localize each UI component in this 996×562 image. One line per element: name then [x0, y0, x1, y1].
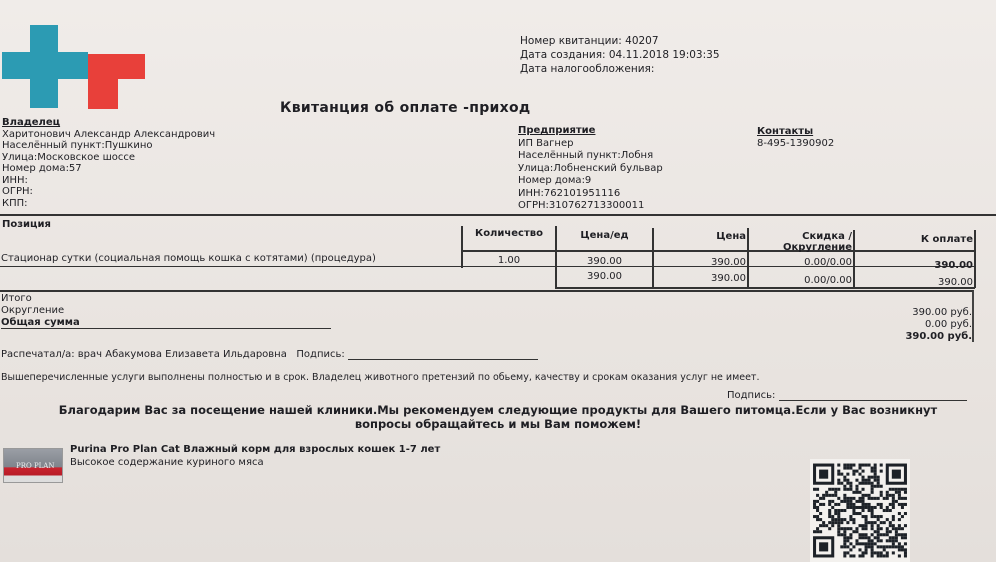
owner-city: Населённый пункт:Пушкино: [2, 140, 215, 152]
company-name: ИП Вагнер: [518, 138, 663, 151]
printed-by: Распечатал/а: врач Абакумова Елизавета И…: [1, 349, 287, 360]
col-header-quantity: Количество: [463, 228, 555, 239]
receipt-number: Номер квитанции: 40207: [520, 34, 720, 48]
subtotal-discount: 0.00/0.00: [749, 275, 852, 286]
owner-signature-field: [779, 400, 967, 401]
row-price: 390.00: [654, 257, 746, 268]
owner-signature-line: Подпись:: [727, 390, 967, 401]
owner-signature-label: Подпись:: [727, 390, 775, 401]
row-quantity: 1.00: [463, 255, 555, 266]
thanks-message: Благодарим Вас за посещение нашей клиник…: [0, 403, 996, 431]
disclaimer: Вышеперечисленные услуги выполнены полно…: [1, 372, 759, 383]
owner-kpp: КПП:: [2, 198, 215, 210]
receipt-tax-date: Дата налогообложения:: [520, 62, 720, 76]
owner-house: Номер дома:57: [2, 163, 215, 175]
page-title: Квитанция об оплате -приход: [280, 100, 531, 116]
col-header-position: Позиция: [2, 219, 51, 230]
subtotal-to-pay: 390.00: [855, 277, 973, 288]
col-header-discount-line1: Скидка /: [749, 231, 852, 242]
company-ogrn: ОГРН:310762713300011: [518, 200, 663, 213]
company-street: Улица:Лобненский бульвар: [518, 163, 663, 176]
company-heading: Предприятие: [518, 125, 663, 138]
row-to-pay: 390.00: [855, 260, 973, 271]
subtotal-label: Итого: [1, 293, 32, 304]
contacts-block: Контакты 8-495-1390902: [757, 126, 834, 150]
product-title[interactable]: Purina Pro Plan Cat Влажный корм для взр…: [70, 444, 440, 455]
contacts-phone: 8-495-1390902: [757, 138, 834, 150]
company-block: Предприятие ИП Вагнер Населённый пункт:Л…: [518, 125, 663, 213]
col-header-discount-line2: Округление: [749, 242, 852, 253]
owner-ogrn: ОГРН:: [2, 186, 215, 198]
receipt-created-date: Дата создания: 04.11.2018 19:03:35: [520, 48, 720, 62]
qr-code-icon: [810, 459, 910, 562]
thanks-line1: Благодарим Вас за посещение нашей клиник…: [0, 403, 996, 417]
col-header-discount: Скидка / Округление: [749, 231, 852, 253]
subtotal-unit-price: 390.00: [557, 271, 652, 282]
signature-label: Подпись:: [296, 349, 344, 360]
product-image: PRO PLAN: [3, 448, 63, 483]
total-value: 390.00 руб.: [820, 331, 972, 342]
subtotal-price: 390.00: [654, 273, 746, 284]
col-header-unit-price: Цена/ед: [557, 230, 652, 241]
clinic-cross-logo: [2, 25, 147, 110]
company-city: Населённый пункт:Лобня: [518, 150, 663, 163]
product-subtitle: Высокое содержание куриного мяса: [70, 457, 264, 468]
row-discount: 0.00/0.00: [749, 257, 852, 268]
signature-field: [348, 359, 538, 360]
company-house: Номер дома:9: [518, 175, 663, 188]
contacts-heading: Контакты: [757, 126, 834, 138]
row-unit-price: 390.00: [557, 256, 652, 267]
subtotal-value: 390.00 руб.: [820, 307, 972, 318]
owner-heading: Владелец: [2, 117, 215, 129]
thanks-line2: вопросы обращайтесь и мы Вам поможем!: [0, 417, 996, 431]
col-divider: [974, 230, 976, 288]
receipt-page: Номер квитанции: 40207 Дата создания: 04…: [0, 0, 996, 562]
owner-inn: ИНН:: [2, 175, 215, 187]
owner-street: Улица:Московское шоссе: [2, 152, 215, 164]
rounding-value: 0.00 руб.: [820, 319, 972, 330]
rounding-label: Округление: [1, 305, 64, 316]
receipt-meta: Номер квитанции: 40207 Дата создания: 04…: [520, 34, 720, 76]
col-header-to-pay: К оплате: [855, 234, 973, 245]
header-divider: [462, 250, 975, 252]
printed-by-line: Распечатал/а: врач Абакумова Елизавета И…: [1, 349, 538, 360]
total-label: Общая сумма: [1, 317, 331, 329]
col-header-price: Цена: [654, 231, 746, 242]
owner-name: Харитонович Александр Александрович: [2, 129, 215, 141]
owner-block: Владелец Харитонович Александр Александр…: [2, 117, 215, 209]
row-position: Стационар сутки (социальная помощь кошка…: [1, 253, 376, 264]
product-image-text: PRO PLAN: [16, 462, 54, 470]
table-top-border: [0, 214, 996, 216]
company-inn: ИНН:762101951116: [518, 188, 663, 201]
